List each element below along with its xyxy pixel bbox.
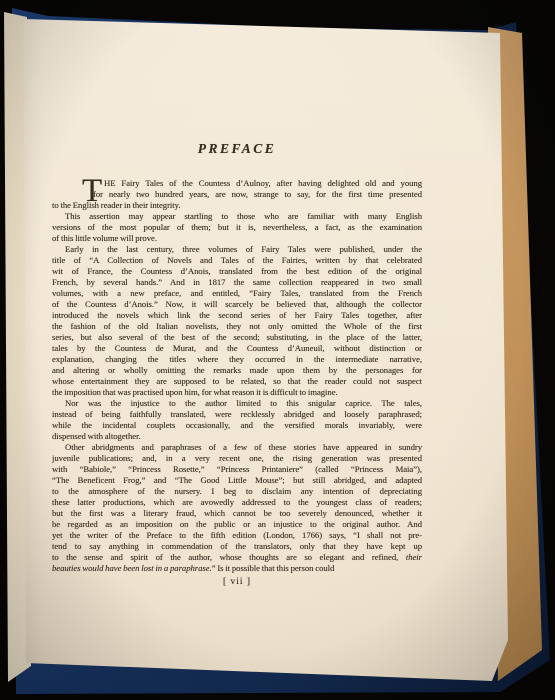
text-line: tales by the Countess de Murat, and the …: [52, 343, 422, 354]
paragraph: This assertion may appear startling to t…: [52, 211, 422, 244]
text-line: This assertion may appear startling to t…: [52, 211, 422, 222]
text-line: whose entertainment they are supposed to…: [52, 376, 422, 387]
text-run: volumes, with a new preface, and entitle…: [52, 288, 422, 298]
text-run: these latter productions, which are avow…: [52, 497, 422, 507]
text-run: Other abridgments and paraphrases of a f…: [65, 442, 422, 452]
text-run: dispensed with altogether.: [52, 431, 141, 441]
text-line: wit of France, the Countess d’Anois, tra…: [52, 266, 422, 277]
text-run: the fashion of the old Italian novelists…: [52, 321, 422, 331]
text-line: of the Countess d’Anois.” Now, it will s…: [52, 299, 422, 310]
text-run: tend to say anything in commendation of …: [52, 541, 422, 551]
body-paragraphs: THE Fairy Tales of the Countess d’Aulnoy…: [52, 178, 422, 574]
text-line: the fashion of the old Italian novelists…: [52, 321, 422, 332]
paragraph: Other abridgments and paraphrases of a f…: [52, 442, 422, 574]
text-run: wit of France, the Countess d’Anois, tra…: [52, 266, 422, 276]
text-run: with “Babiole,” “Princess Rosette,” “Pri…: [52, 464, 422, 474]
text-line: “The Beneficent Frog,” and “The Good Lit…: [52, 475, 422, 486]
text-run: to the English reader in their integrity…: [52, 200, 181, 210]
text-run: French, by several hands.” And in 1817 t…: [52, 277, 422, 287]
text-run: the imposition that was practised upon h…: [52, 387, 338, 397]
text-run: to the sense and spirit of the author, w…: [52, 552, 406, 562]
text-line: with “Babiole,” “Princess Rosette,” “Pri…: [52, 464, 422, 475]
text-run: juvenile publications; and, in a very re…: [52, 453, 422, 463]
text-line: to the English reader in their integrity…: [52, 200, 422, 211]
text-run: be regarded as an imposition on the publ…: [52, 519, 422, 529]
text-line: dispensed with altogether.: [52, 431, 422, 442]
page-title: PREFACE: [52, 141, 422, 156]
text-run: beauties would have been lost in a parap…: [52, 563, 212, 573]
text-run: and altering or wholly omitting the rema…: [52, 365, 422, 375]
text-run: title of “A Collection of Novels and Tal…: [52, 255, 422, 265]
text-run: instead of being faithfully translated, …: [52, 409, 422, 419]
text-line: and altering or wholly omitting the rema…: [52, 365, 422, 376]
text-run: while the incidental couplets occasional…: [52, 420, 422, 430]
text-line: instead of being faithfully translated, …: [52, 409, 422, 420]
text-line: series, but also several of the best of …: [52, 332, 422, 343]
text-run: introduced the novels which link the sec…: [52, 310, 422, 320]
text-line: volumes, with a new preface, and entitle…: [52, 288, 422, 299]
text-line: to the atmosphere of the nursery. I beg …: [52, 486, 422, 497]
text-line: tend to say anything in commendation of …: [52, 541, 422, 552]
text-run: Early in the last century, three volumes…: [65, 244, 422, 254]
text-run: This assertion may appear startling to t…: [65, 211, 422, 221]
page-number: [ vii ]: [52, 577, 422, 587]
text-line: the imposition that was practised upon h…: [52, 387, 422, 398]
preface-text-block: PREFACE THE Fairy Tales of the Countess …: [52, 141, 422, 587]
paragraph: Early in the last century, three volumes…: [52, 244, 422, 398]
text-line: to the sense and spirit of the author, w…: [52, 552, 422, 563]
text-run: tales by the Countess de Murat, and the …: [52, 343, 422, 353]
text-run: yet the writer of the Preface to the fif…: [52, 530, 422, 540]
paragraph: THE Fairy Tales of the Countess d’Aulnoy…: [52, 178, 422, 211]
text-run: ” Is it possible that this person could: [212, 563, 335, 573]
text-line: title of “A Collection of Novels and Tal…: [52, 255, 422, 266]
text-run: “The Beneficent Frog,” and “The Good Lit…: [52, 475, 422, 485]
text-run: versions of the most popular of them; bu…: [52, 222, 422, 232]
text-line: but the first was a literary fraud, whic…: [52, 508, 422, 519]
text-run: but the first was a literary fraud, whic…: [52, 508, 422, 518]
text-run: Nor was the injustice to the author limi…: [65, 398, 422, 408]
text-line: Nor was the injustice to the author limi…: [52, 398, 422, 409]
photo-background: PREFACE THE Fairy Tales of the Countess …: [0, 0, 555, 700]
text-run: to the atmosphere of the nursery. I beg …: [52, 486, 422, 496]
text-run: explanation, changing the titles where t…: [52, 354, 422, 364]
text-run: their: [406, 552, 422, 562]
text-line: HE Fairy Tales of the Countess d’Aulnoy,…: [52, 178, 422, 189]
text-run: whose entertainment they are supposed to…: [52, 376, 422, 386]
text-line: French, by several hands.” And in 1817 t…: [52, 277, 422, 288]
text-line: beauties would have been lost in a parap…: [52, 563, 422, 574]
text-line: yet the writer of the Preface to the fif…: [52, 530, 422, 541]
text-run: for nearly two hundred years, are now, s…: [93, 189, 422, 199]
text-line: for nearly two hundred years, are now, s…: [52, 189, 422, 200]
text-line: versions of the most popular of them; bu…: [52, 222, 422, 233]
text-line: be regarded as an imposition on the publ…: [52, 519, 422, 530]
text-run: HE Fairy Tales of the Countess d’Aulnoy,…: [104, 178, 422, 188]
text-line: these latter productions, which are avow…: [52, 497, 422, 508]
text-line: of this little volume will prove.: [52, 233, 422, 244]
text-run: of this little volume will prove.: [52, 233, 157, 243]
text-line: while the incidental couplets occasional…: [52, 420, 422, 431]
drop-cap: T: [82, 179, 102, 203]
text-run: series, but also several of the best of …: [52, 332, 422, 342]
text-line: Other abridgments and paraphrases of a f…: [52, 442, 422, 453]
text-line: Early in the last century, three volumes…: [52, 244, 422, 255]
paragraph: Nor was the injustice to the author limi…: [52, 398, 422, 442]
text-line: introduced the novels which link the sec…: [52, 310, 422, 321]
text-line: explanation, changing the titles where t…: [52, 354, 422, 365]
text-line: juvenile publications; and, in a very re…: [52, 453, 422, 464]
text-run: of the Countess d’Anois.” Now, it will s…: [52, 299, 422, 309]
